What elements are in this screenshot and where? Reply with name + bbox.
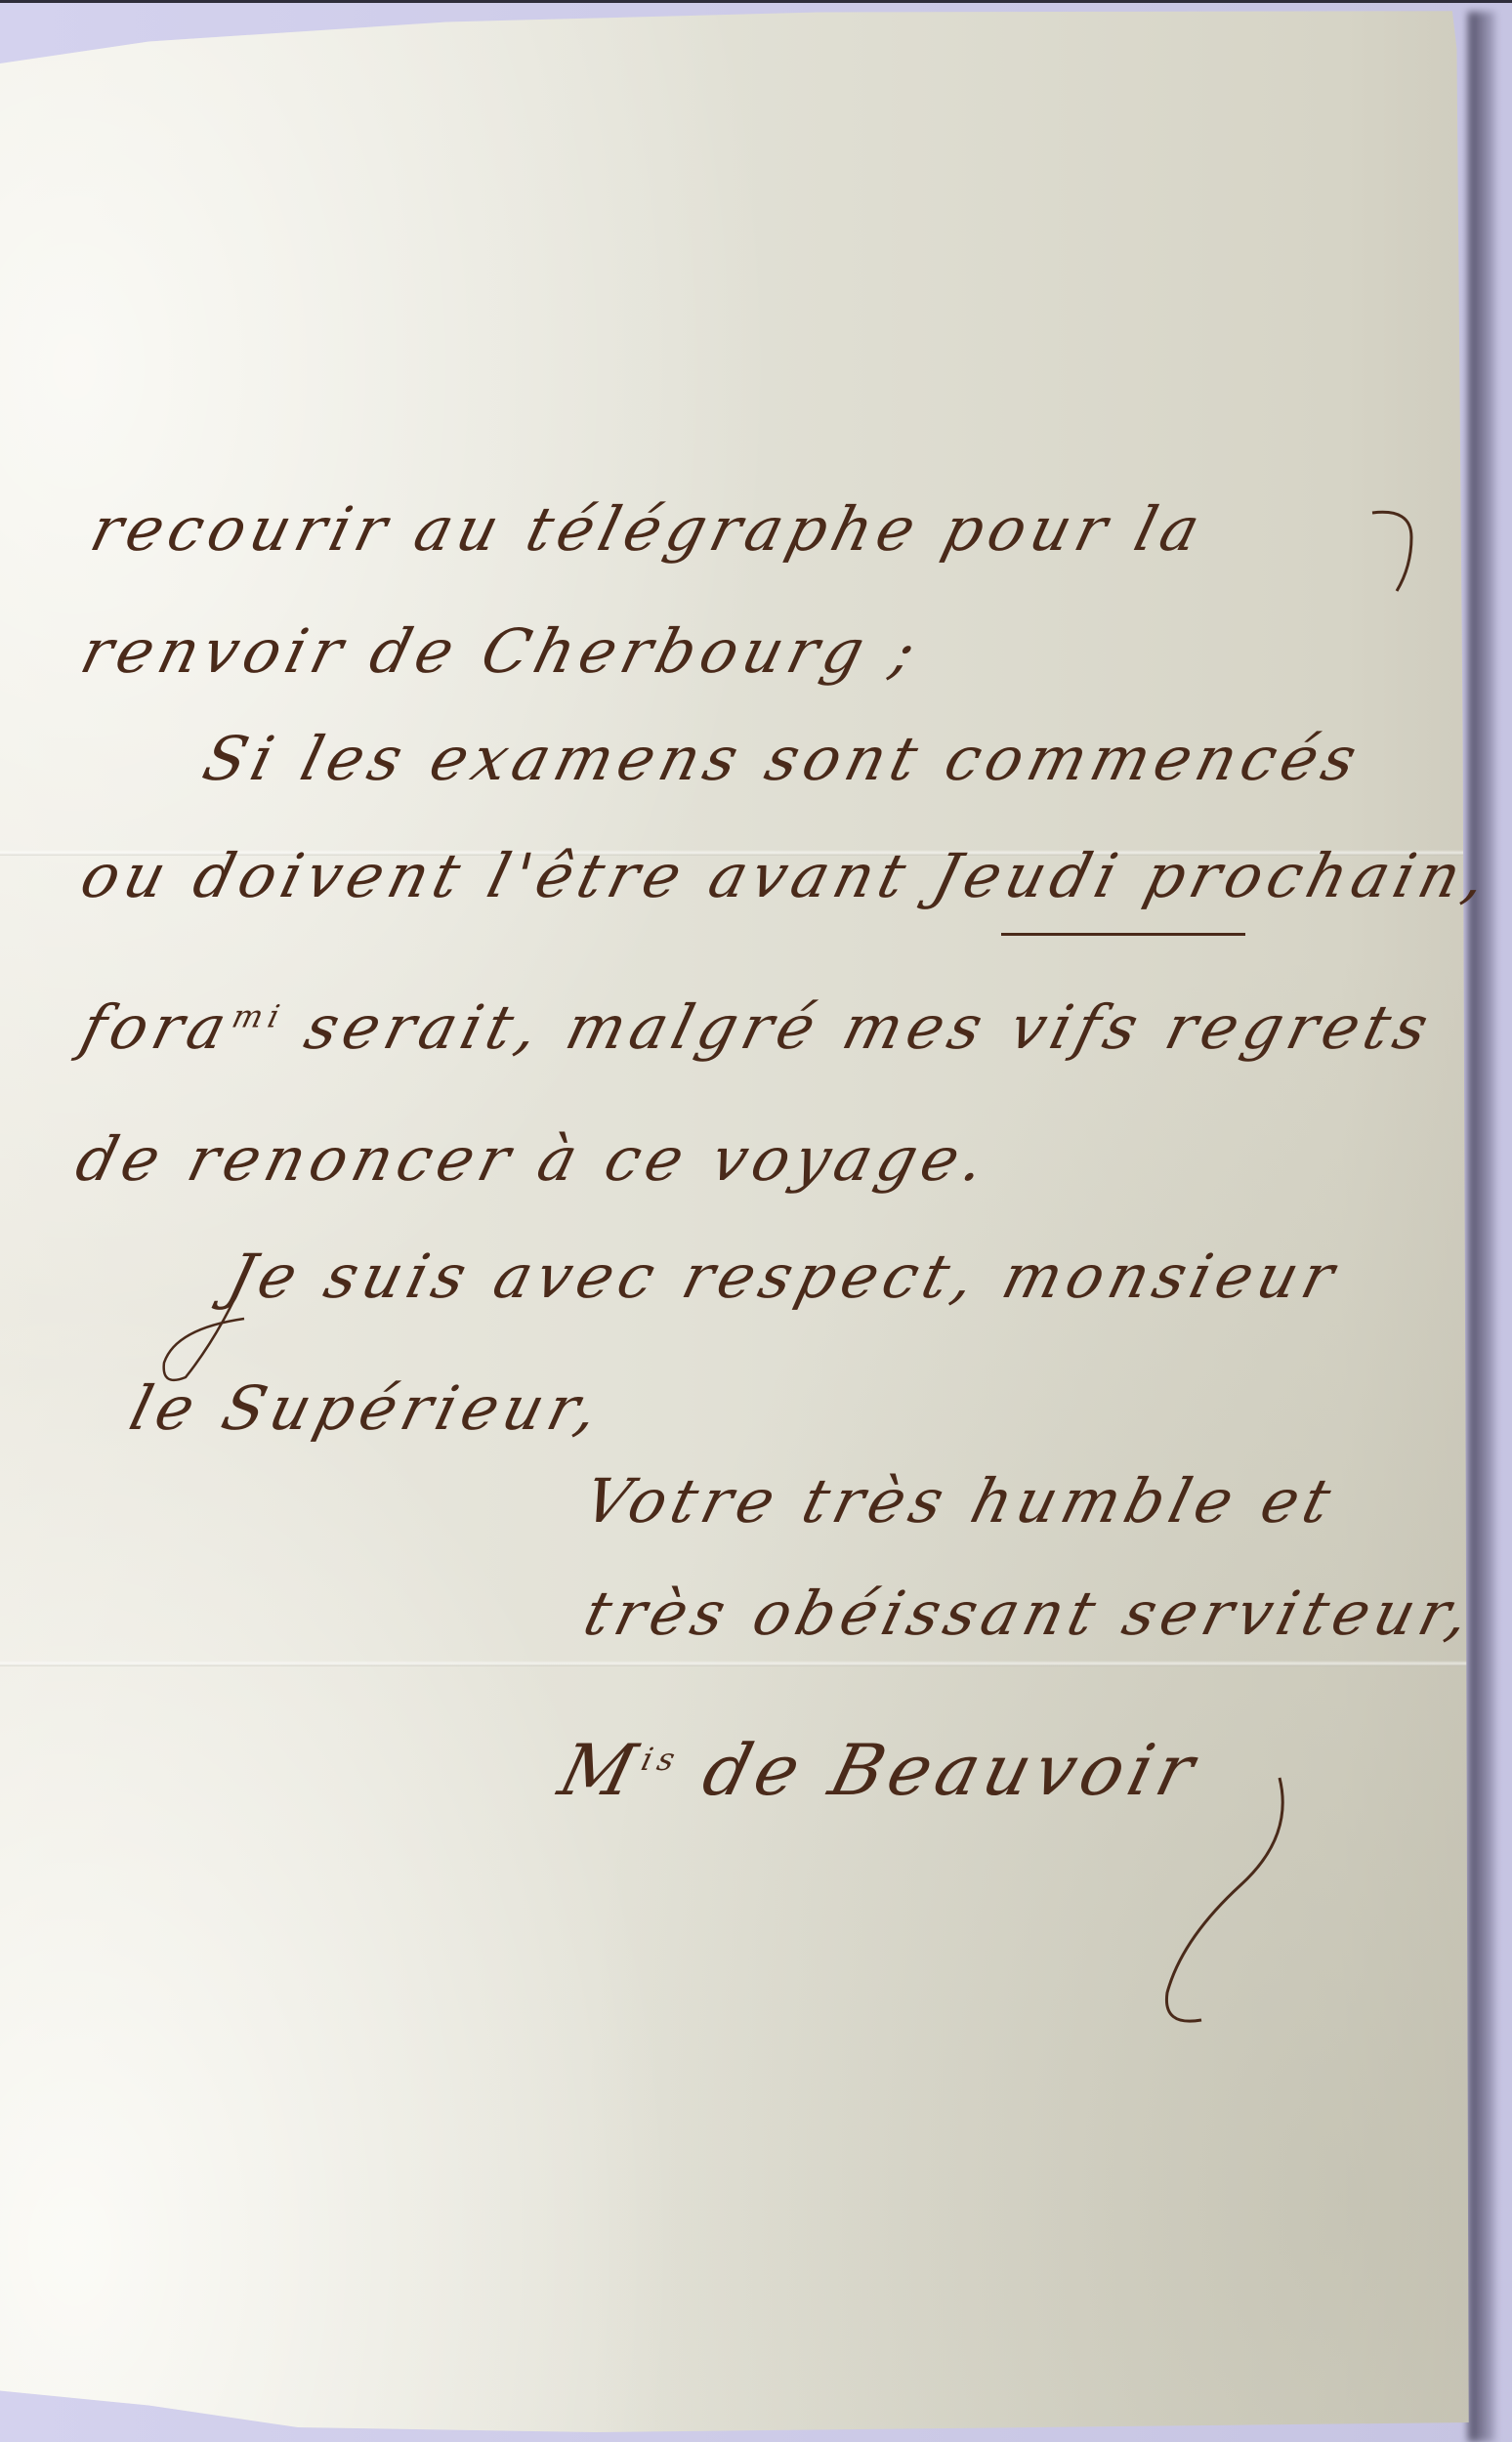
letter-line-2: renvoir de Cherbourg ; (74, 615, 929, 687)
letter-line-4-text: ou doivent l'être avant Jeudi prochain, (74, 840, 1499, 911)
capital-j-flourish-icon (156, 1250, 264, 1387)
insertion-base-word: fora (74, 991, 239, 1063)
signature-title: M (552, 1729, 651, 1811)
letter-line-8: le Supérieur, (123, 1372, 611, 1444)
signature-title-superscript: is (638, 1741, 685, 1778)
letter-body: recourir au télégraphe pour la renvoir d… (0, 0, 1512, 2442)
letter-line-5: forami serait, malgré mes vifs regrets (74, 991, 1441, 1063)
photo-scene: recourir au télégraphe pour la renvoir d… (0, 0, 1512, 2442)
insertion-above: mi (229, 997, 289, 1034)
jeudi-underline (1001, 933, 1245, 936)
letter-line-10: très obéissant serviteur, (577, 1578, 1483, 1649)
letter-line-5-rest: serait, malgré mes vifs regrets (298, 991, 1441, 1063)
signature-flourish-icon (1123, 1768, 1299, 2032)
letter-line-1: recourir au télégraphe pour la (84, 493, 1212, 565)
letter-line-9: Votre très humble et (577, 1465, 1344, 1537)
letter-line-3: Si les examens sont commencés (196, 723, 1369, 794)
signature: Mis de Beauvoir (552, 1729, 1208, 1811)
line-end-flourish-icon (1367, 498, 1426, 596)
letter-line-7: Je suis avec respect, monsieur (221, 1241, 1347, 1312)
letter-line-6: de renoncer à ce voyage. (69, 1123, 998, 1195)
letter-line-4: ou doivent l'être avant Jeudi prochain, (74, 840, 1499, 911)
